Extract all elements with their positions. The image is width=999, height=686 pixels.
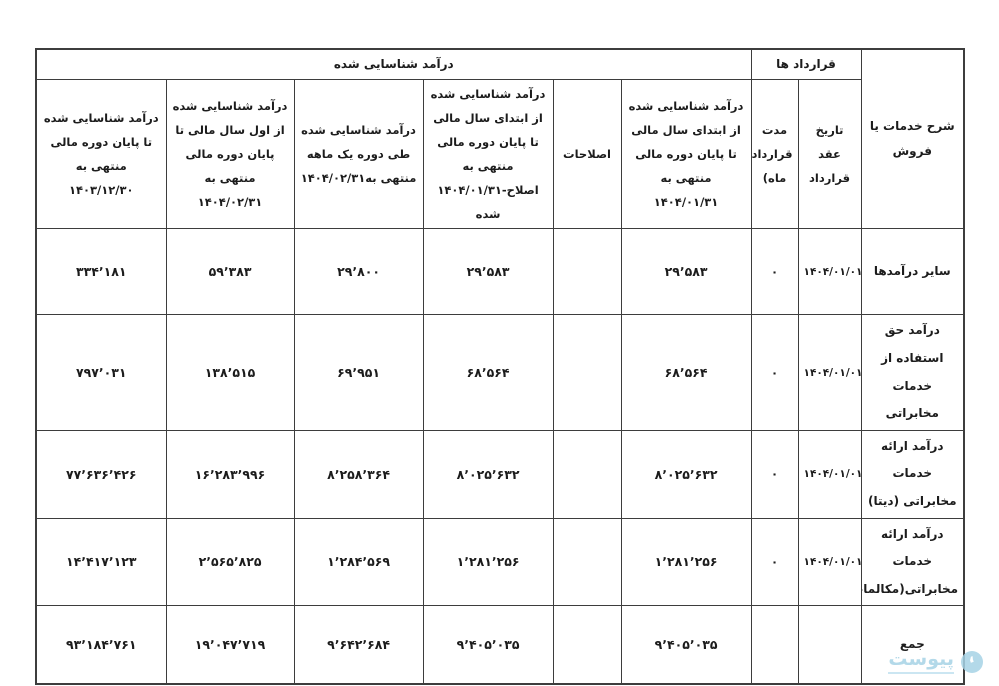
revenue-ytd-0131-cell: ۶۸٬۵۶۴: [621, 315, 751, 430]
header-adjusted-text: درآمد شناسایی شده از ابتدای سال مالی تا …: [431, 87, 546, 173]
column-header-revenue-ytd-0231: درآمد شناسایی شده از اول سال مالی تا پای…: [166, 79, 294, 229]
contract-duration-cell: [751, 606, 798, 684]
revenue-one-month-cell: ۶۹٬۹۵۱: [294, 315, 423, 430]
revenue-end-1403-cell: ۳۳۴٬۱۸۱: [36, 229, 166, 315]
column-header-revenue-ytd-0131: درآمد شناسایی شده از ابتدای سال مالی تا …: [621, 79, 751, 229]
revenue-ytd-0131-adjusted-cell: ۲۹٬۵۸۳: [423, 229, 553, 315]
revenue-ytd-0131-adjusted-cell: ۱٬۲۸۱٬۲۵۶: [423, 518, 553, 606]
revenue-end-1403-cell: ۷۷٬۶۳۶٬۴۲۶: [36, 430, 166, 518]
column-header-revenue-ytd-0131-adjusted: درآمد شناسایی شده از ابتدای سال مالی تا …: [423, 79, 553, 229]
revenue-ytd-0131-adjusted-cell: ۹٬۴۰۵٬۰۳۵: [423, 606, 553, 684]
revenue-one-month-cell: ۹٬۶۴۲٬۶۸۴: [294, 606, 423, 684]
column-header-contract-duration: مدت قرارداد( ماه): [751, 79, 798, 229]
column-header-revenue-end-1403: درآمد شناسایی شده تا پایان دوره مالی منت…: [36, 79, 166, 229]
revenue-report-table: شرح خدمات یا فروش قرارداد ها درآمد شناسا…: [35, 48, 965, 685]
table-row-total: جمع ۹٬۴۰۵٬۰۳۵ ۹٬۴۰۵٬۰۳۵ ۹٬۶۴۲٬۶۸۴ ۱۹٬۰۴۷…: [36, 606, 964, 684]
group-header-contracts: قرارداد ها: [751, 49, 861, 79]
revenue-one-month-cell: ۸٬۲۵۸٬۳۶۴: [294, 430, 423, 518]
revenue-one-month-cell: ۲۹٬۸۰۰: [294, 229, 423, 315]
column-header-service-description: شرح خدمات یا فروش: [861, 49, 964, 229]
peyvast-watermark-text: پیوست: [888, 649, 954, 674]
revenue-end-1403-cell: ۷۹۷٬۰۳۱: [36, 315, 166, 430]
adjustments-cell: [553, 606, 621, 684]
contract-duration-cell: ۰: [751, 315, 798, 430]
table-row-telecom-calls-revenue: درآمد ارائه خدمات مخابراتی(مکالمات) ۱۴۰۴…: [36, 518, 964, 606]
revenue-ytd-0231-cell: ۲٬۵۶۵٬۸۲۵: [166, 518, 294, 606]
contract-duration-cell: ۰: [751, 430, 798, 518]
group-header-recognized-revenue: درآمد شناسایی شده: [36, 49, 751, 79]
adjustments-cell: [553, 229, 621, 315]
revenue-ytd-0131-adjusted-cell: ۶۸٬۵۶۴: [423, 315, 553, 430]
row-label: سایر درآمدها: [861, 229, 964, 315]
adjustments-cell: [553, 430, 621, 518]
header-adjusted-date: ۱۴۰۴/۰۱/۳۱-اصلاح شده: [437, 183, 538, 221]
table-row-telecom-data-revenue: درآمد ارائه خدمات مخابراتی (دیتا) ۱۴۰۴/۰…: [36, 430, 964, 518]
column-header-contract-date: تاریخ عقد قرارداد: [798, 79, 861, 229]
revenue-ytd-0131-cell: ۲۹٬۵۸۳: [621, 229, 751, 315]
contract-duration-cell: ۰: [751, 229, 798, 315]
table-row-other-revenues: سایر درآمدها ۱۴۰۴/۰۱/۰۱ ۰ ۲۹٬۵۸۳ ۲۹٬۵۸۳ …: [36, 229, 964, 315]
adjustments-cell: [553, 315, 621, 430]
contract-date-cell: ۱۴۰۴/۰۱/۰۱: [798, 518, 861, 606]
revenue-ytd-0231-cell: ۱۳۸٬۵۱۵: [166, 315, 294, 430]
adjustments-cell: [553, 518, 621, 606]
row-label: درآمد ارائه خدمات مخابراتی (دیتا): [861, 430, 964, 518]
revenue-ytd-0131-cell: ۸٬۰۲۵٬۶۳۲: [621, 430, 751, 518]
contract-date-cell: [798, 606, 861, 684]
contract-date-cell: ۱۴۰۴/۰۱/۰۱: [798, 229, 861, 315]
peyvast-watermark: پیوست ,: [888, 649, 983, 674]
revenue-one-month-cell: ۱٬۲۸۴٬۵۶۹: [294, 518, 423, 606]
peyvast-logo-icon: ,: [961, 651, 983, 673]
row-label: درآمد ارائه خدمات مخابراتی(مکالمات): [861, 518, 964, 606]
revenue-end-1403-cell: ۹۳٬۱۸۴٬۷۶۱: [36, 606, 166, 684]
revenue-ytd-0231-cell: ۵۹٬۳۸۳: [166, 229, 294, 315]
column-header-revenue-one-month-0231: درآمد شناسایی شده طی دوره یک ماهه منتهی …: [294, 79, 423, 229]
revenue-ytd-0131-adjusted-cell: ۸٬۰۲۵٬۶۳۲: [423, 430, 553, 518]
row-label: درآمد حق استفاده از خدمات مخابراتی: [861, 315, 964, 430]
revenue-ytd-0131-cell: ۹٬۴۰۵٬۰۳۵: [621, 606, 751, 684]
contract-duration-cell: ۰: [751, 518, 798, 606]
revenue-report-table-container: شرح خدمات یا فروش قرارداد ها درآمد شناسا…: [35, 48, 963, 685]
revenue-ytd-0231-cell: ۱۹٬۰۴۷٬۷۱۹: [166, 606, 294, 684]
revenue-end-1403-cell: ۱۴٬۴۱۷٬۱۲۳: [36, 518, 166, 606]
contract-date-cell: ۱۴۰۴/۰۱/۰۱: [798, 430, 861, 518]
revenue-ytd-0131-cell: ۱٬۲۸۱٬۲۵۶: [621, 518, 751, 606]
contract-date-cell: ۱۴۰۴/۰۱/۰۱: [798, 315, 861, 430]
revenue-ytd-0231-cell: ۱۶٬۲۸۳٬۹۹۶: [166, 430, 294, 518]
column-header-adjustments: اصلاحات: [553, 79, 621, 229]
table-row-right-of-use-revenue: درآمد حق استفاده از خدمات مخابراتی ۱۴۰۴/…: [36, 315, 964, 430]
